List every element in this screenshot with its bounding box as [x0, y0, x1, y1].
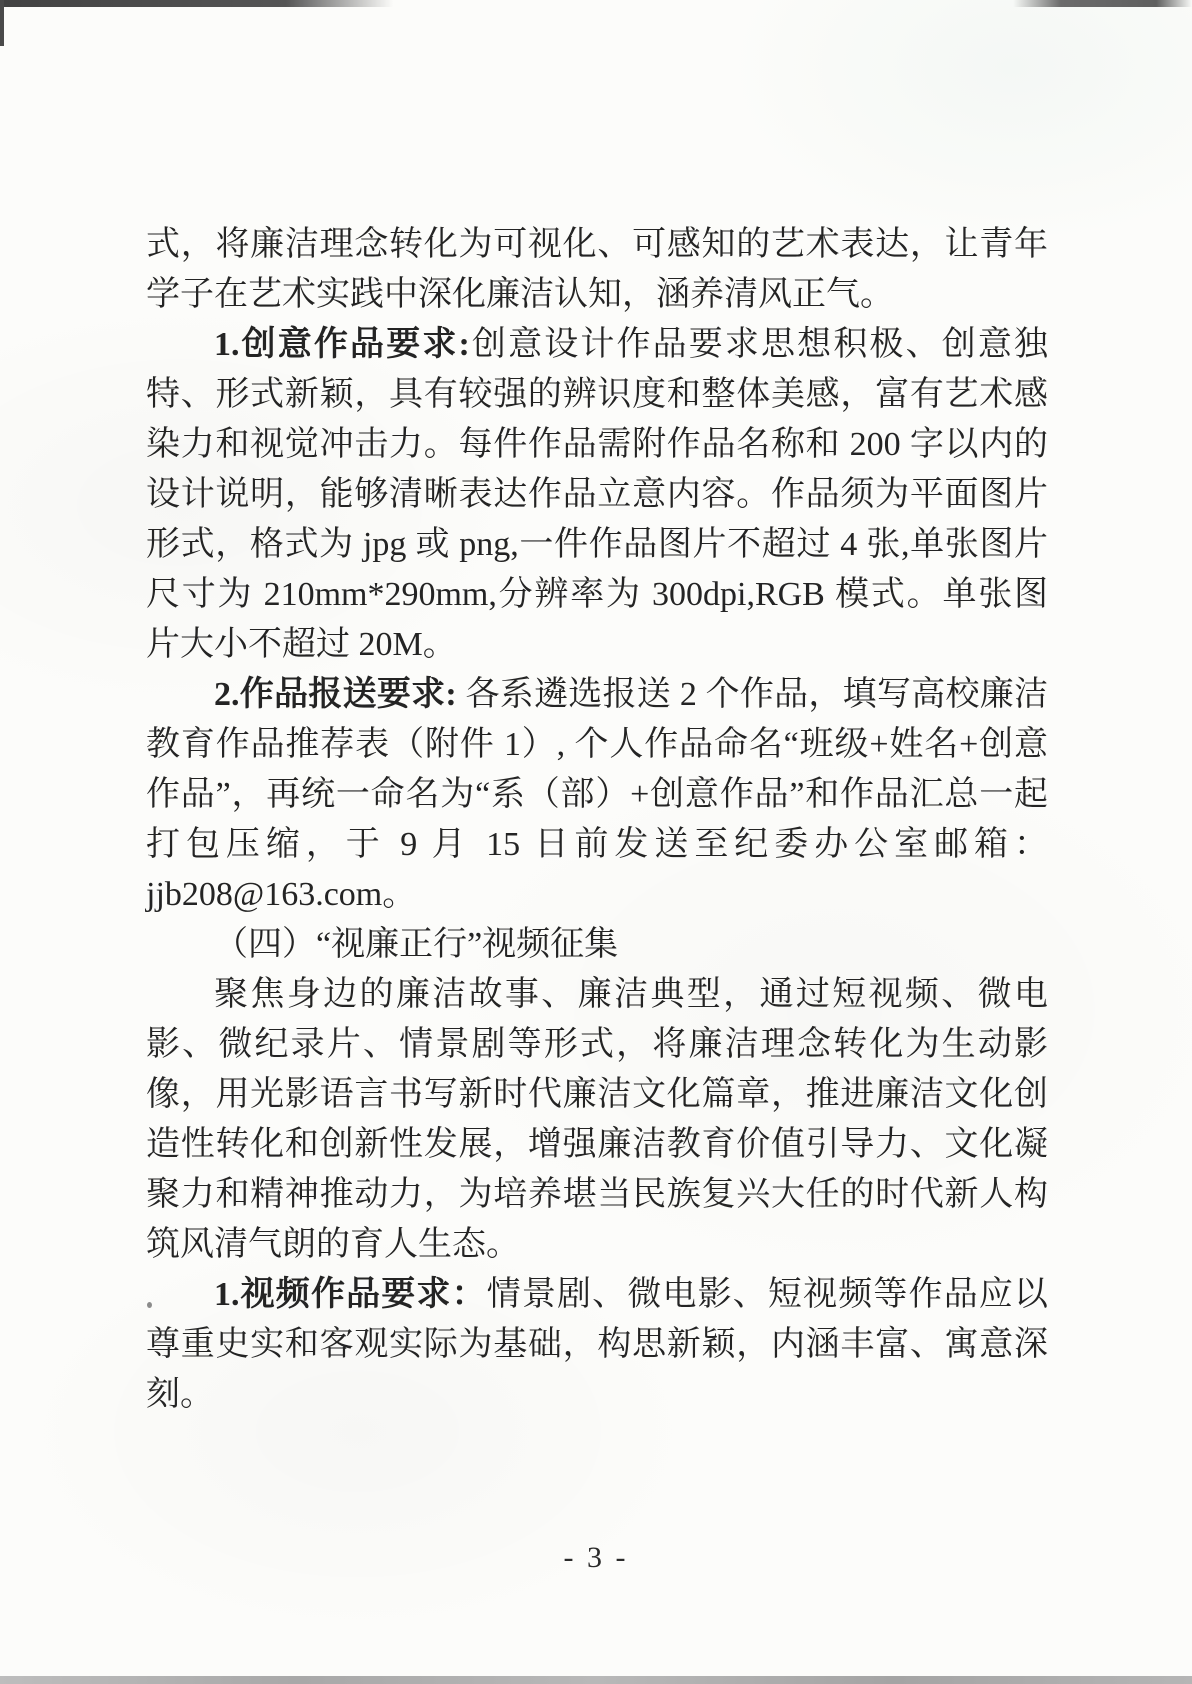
section-heading-video-collection: （四）“视廉正行”视频征集: [146, 920, 1048, 970]
paragraph-text: 聚焦身边的廉洁故事、廉洁典型，通过短视频、微电影、微纪录片、情景剧等形式，将廉洁…: [146, 976, 1048, 1263]
paragraph-creative-work-requirements: 1.创意作品要求:创意设计作品要求思想积极、创意独特、形式新颖，具有较强的辨识度…: [146, 320, 1048, 670]
scan-edge-bottom-artifact: [0, 1676, 1192, 1684]
document-body: 式，将廉洁理念转化为可视化、可感知的艺术表达，让青年学子在艺术实践中深化廉洁认知…: [146, 220, 1048, 1420]
paragraph-text: 创意设计作品要求思想积极、创意独特、形式新颖，具有较强的辨识度和整体美感，富有艺…: [146, 326, 1048, 663]
paragraph-video-work-requirements: 1.视频作品要求：情景剧、微电影、短视频等作品应以尊重史实和客观实际为基础，构思…: [146, 1270, 1048, 1420]
page-number: - 3 -: [0, 1541, 1192, 1575]
paragraph-video-section-intro: 聚焦身边的廉洁故事、廉洁典型，通过短视频、微电影、微纪录片、情景剧等形式，将廉洁…: [146, 970, 1048, 1270]
paragraph-text: 式，将廉洁理念转化为可视化、可感知的艺术表达，让青年学子在艺术实践中深化廉洁认知…: [146, 226, 1048, 313]
paragraph-continuation: 式，将廉洁理念转化为可视化、可感知的艺术表达，让青年学子在艺术实践中深化廉洁认知…: [146, 220, 1048, 320]
paragraph-lead-bold: 2.作品报送要求:: [214, 676, 457, 713]
section-heading-text: （四）“视廉正行”视频征集: [214, 926, 618, 963]
paragraph-lead-bold: 1.创意作品要求:: [214, 326, 470, 363]
paragraph-submission-requirements: 2.作品报送要求: 各系遴选报送 2 个作品，填写高校廉洁教育作品推荐表（附件 …: [146, 670, 1048, 920]
scan-edge-top-artifact: [0, 0, 1192, 7]
paragraph-lead-bold: 1.视频作品要求：: [214, 1276, 487, 1313]
scan-edge-left-artifact: [0, 0, 4, 46]
scanned-document-page: 式，将廉洁理念转化为可视化、可感知的艺术表达，让青年学子在艺术实践中深化廉洁认知…: [0, 0, 1192, 1684]
